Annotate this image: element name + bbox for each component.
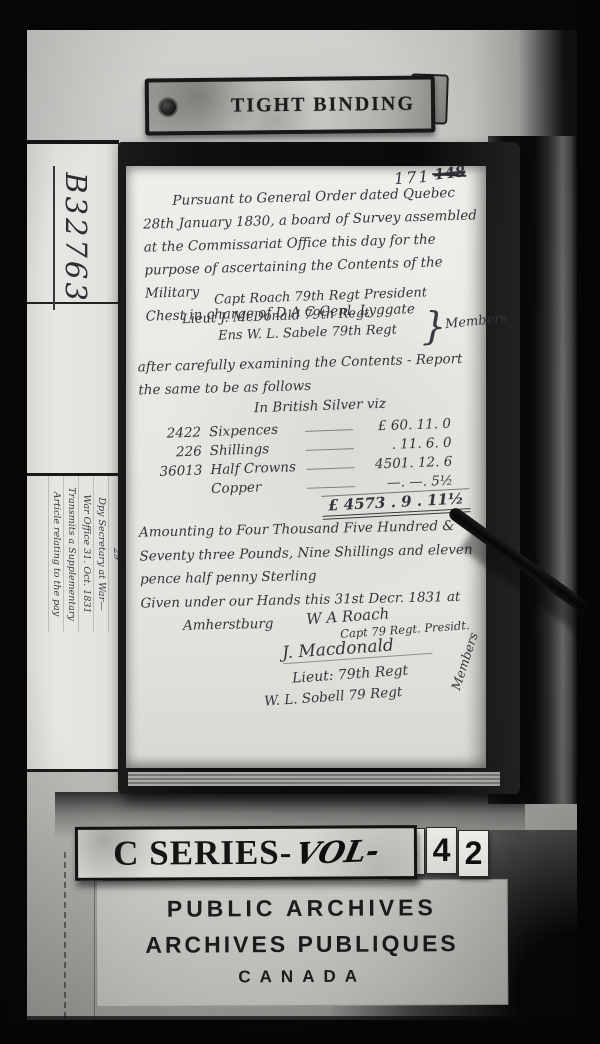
- ledger-dash: [306, 467, 354, 470]
- plate-rivet-hole-icon: [160, 99, 176, 115]
- margin-note-section: 29 Dpy Secretary at War— War Office 31. …: [27, 306, 119, 476]
- coin-amount: £ 60. 11. 0: [359, 416, 452, 435]
- archives-card: PUBLIC ARCHIVES ARCHIVES PUBLIQUES CANAD…: [96, 879, 509, 1007]
- ledger-dash: [305, 429, 353, 432]
- volume-digit: 4: [426, 827, 457, 874]
- card-edge-line: [64, 852, 66, 1018]
- coin-amount: 4501. 12. 6: [360, 454, 453, 473]
- coin-amount: . 11. 6. 0: [359, 435, 452, 454]
- page-edges: [128, 772, 500, 786]
- manuscript-book: 171 148 Pursuant to General Order dated …: [118, 142, 520, 794]
- manuscript-page: 171 148 Pursuant to General Order dated …: [126, 166, 486, 768]
- coin-qty: 226: [150, 443, 203, 461]
- tight-binding-plate: TIGHT BINDING: [145, 75, 436, 135]
- margin-note-line: Article relating to the pay: [48, 476, 63, 632]
- reference-number: B32763: [53, 166, 93, 310]
- shadow-top-right: [470, 30, 577, 148]
- reference-section: B32763: [27, 152, 119, 304]
- coin-item: Copper: [203, 478, 305, 498]
- film-edge-right: [577, 0, 600, 1044]
- film-edge-left: [0, 0, 27, 1044]
- film-edge-top: [0, 0, 600, 30]
- plate-face: TIGHT BINDING: [149, 80, 431, 132]
- volume-digit: 2: [458, 830, 489, 877]
- microfilm-frame: TIGHT BINDING B32763 29 Dpy Secretary at…: [0, 0, 600, 1044]
- members-brace: }: [422, 304, 446, 348]
- archives-line-en: PUBLIC ARCHIVES: [167, 894, 437, 922]
- film-edge-bottom: [0, 1016, 600, 1044]
- ledger-dash: [306, 448, 354, 451]
- margin-note-line: Transmits a Supplementary: [63, 476, 78, 632]
- silver-heading: In British Silver viz: [254, 396, 386, 417]
- series-printed-text: C SERIES-: [113, 833, 292, 874]
- left-page-strip: B32763 29 Dpy Secretary at War— War Offi…: [27, 140, 119, 772]
- archives-line-canada: CANADA: [238, 967, 366, 988]
- archives-line-fr: ARCHIVES PUBLIQUES: [145, 930, 459, 959]
- coin-qty: 36013: [150, 462, 203, 480]
- series-handwritten-vol: VOL-: [292, 833, 382, 871]
- board-of-survey-list: Capt Roach 79th Regt President Lieut J. …: [126, 288, 486, 339]
- report-paragraph: after carefully examining the Contents -…: [137, 348, 478, 403]
- coin-qty: 2422: [149, 424, 202, 442]
- ledger-dash: [307, 486, 355, 489]
- signature: J. Macdonald: [281, 633, 432, 664]
- margin-note-line: War Office 31. Oct. 1831: [78, 476, 93, 632]
- tight-binding-label: TIGHT BINDING: [231, 93, 415, 118]
- margin-note: 29 Dpy Secretary at War— War Office 31. …: [31, 476, 123, 632]
- c-series-label: C SERIES- VOL-: [75, 825, 417, 881]
- struck-page-number: 148: [433, 162, 466, 183]
- coin-table: 2422 Sixpences £ 60. 11. 0 226 Shillings…: [149, 413, 453, 499]
- margin-note-line: Dpy Secretary at War—: [93, 476, 108, 632]
- coin-qty: [151, 497, 203, 499]
